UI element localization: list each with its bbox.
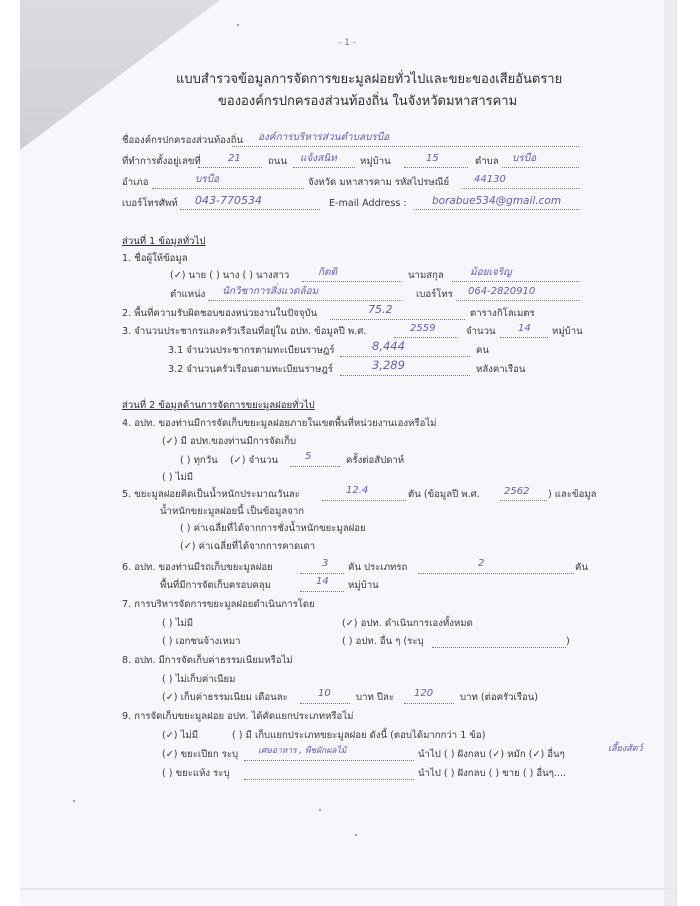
q5-label: 5. ขยะมูลฝอยคิดเป็นน้ำหนักประมาณวันละ xyxy=(122,489,300,501)
page-bottom-edge xyxy=(20,888,676,890)
position-label: ตำแหน่ง xyxy=(170,289,205,301)
phone-label: เบอร์โทรศัพท์ xyxy=(122,198,178,210)
q6-trucks-unit: คัน ประเภทรถ xyxy=(348,562,407,574)
q8-monthly-value: 10 xyxy=(318,688,331,700)
q1-label: 1. ชื่อผู้ให้ข้อมูล xyxy=(122,253,188,265)
q6-coverage-label: พื้นที่มีการจัดเก็บครอบคลุม xyxy=(160,580,271,592)
q4-times-value: 5 xyxy=(305,451,311,463)
q9-option-no[interactable]: (✓) ไม่มี xyxy=(162,730,198,742)
page-edge xyxy=(664,0,676,906)
q3-villages-unit: หมู่บ้าน xyxy=(552,326,583,338)
q4-option-count[interactable]: (✓) จำนวน xyxy=(230,455,278,467)
q3-villages-value: 14 xyxy=(518,323,531,335)
q6-type-value: 2 xyxy=(478,558,484,570)
q5-line2: น้ำหนักขยะมูลฝอยนี้ เป็นข้อมูลจาก xyxy=(160,506,304,518)
district-value: บรบือ xyxy=(195,174,219,186)
q4-option-daily[interactable]: ( ) ทุกวัน xyxy=(180,455,218,467)
area-field[interactable] xyxy=(330,308,465,320)
q5-tail: ) และข้อมูล xyxy=(548,489,597,501)
q5-option-weigh[interactable]: ( ) ค่าเฉลี่ยที่ได้จากการชั่งน้ำหนักขยะม… xyxy=(180,523,366,535)
q6-coverage-value: 14 xyxy=(316,576,329,588)
org-value: องค์การบริหารส่วนตำบลบรบือ xyxy=(258,132,389,144)
q9-wet-destination[interactable]: นำไป ( ) ฝังกลบ (✓) หมัก (✓) อื่นๆ xyxy=(418,749,565,761)
q7-close-paren: ) xyxy=(566,636,570,648)
page-number: - 1 - xyxy=(338,37,356,49)
district-label: อำเภอ xyxy=(122,177,149,189)
q7-option-none[interactable]: ( ) ไม่มี xyxy=(162,618,193,630)
q7-option-other[interactable]: ( ) อปท. อื่น ๆ (ระบุ xyxy=(342,636,424,648)
province-postcode-label: จังหวัด มหาสารคาม รหัสไปรษณีย์ xyxy=(308,177,449,189)
q4-option-yes[interactable]: (✓) มี อปท.ของท่านมีการจัดเก็บ xyxy=(162,436,296,448)
households-unit: หลังคาเรือน xyxy=(476,364,525,376)
address-no-value: 21 xyxy=(228,153,241,165)
q4-option-no[interactable]: ( ) ไม่มี xyxy=(162,472,193,484)
q8-label: 8. อปท. มีการจัดเก็บค่าธรรมเนียมหรือไม่ xyxy=(122,655,293,667)
q8-yearly-value: 120 xyxy=(414,688,433,700)
q7-label: 7. การบริหารจัดการขยะมูลฝอยดำเนินการโดย xyxy=(122,599,315,611)
first-name-field[interactable] xyxy=(302,270,402,282)
households-label: 3.2 จำนวนครัวเรือนตามทะเบียนราษฎร์ xyxy=(168,364,333,376)
q8-option-fee[interactable]: (✓) เก็บค่าธรรมเนียม เดือนละ xyxy=(162,692,288,704)
address-no-label: ที่ทำการตั้งอยู่เลขที่ xyxy=(122,156,201,168)
q7-option-self[interactable]: (✓) อปท. ดำเนินการเองทั้งหมด xyxy=(342,618,473,630)
subdistrict-value: บรบือ xyxy=(512,153,536,165)
q9-wet-label[interactable]: (✓) ขยะเปียก ระบุ xyxy=(162,749,238,761)
first-name-value: กิตติ xyxy=(318,267,337,279)
q9-dry-label[interactable]: ( ) ขยะแห้ง ระบุ xyxy=(162,768,230,780)
q4-times-field[interactable] xyxy=(290,455,340,467)
postcode-value: 44130 xyxy=(474,174,506,186)
village-value: 15 xyxy=(426,153,439,165)
population-field[interactable] xyxy=(340,345,470,357)
q6-coverage-unit: หมู่บ้าน xyxy=(348,580,379,592)
q1-title-options[interactable]: (✓) นาย ( ) นาง ( ) นางสาว xyxy=(170,270,289,282)
scan-speck xyxy=(73,800,75,802)
q6-type-unit: คัน xyxy=(575,562,588,574)
q8-baht-year: บาท ปีละ xyxy=(356,692,394,704)
q2-label: 2. พื้นที่ความรับผิดชอบของหน่วยงานในปัจจ… xyxy=(122,308,317,320)
q8-baht-household: บาท (ต่อครัวเรือน) xyxy=(460,692,538,704)
q9-label: 9. การจัดเก็บขยะมูลฝอย อปท. ได้คัดแยกประ… xyxy=(122,711,353,723)
phone-value: 043-770534 xyxy=(195,195,262,207)
q4-label: 4. อปท. ของท่านมีการจัดเก็บขยะมูลฝอยภายใ… xyxy=(122,418,436,430)
q3-count-label: จำนวน xyxy=(466,326,496,338)
households-field[interactable] xyxy=(340,364,470,376)
population-value: 8,444 xyxy=(372,340,405,352)
q5-option-estimate[interactable]: (✓) ค่าเฉลี่ยที่ได้จากการคาดเดา xyxy=(180,541,315,553)
q5-tons-label: ตัน (ข้อมูลปี พ.ศ. xyxy=(408,489,480,501)
q7-option-private[interactable]: ( ) เอกชนจ้างเหมา xyxy=(162,636,241,648)
contact-phone-value: 064-2820910 xyxy=(468,286,535,298)
part1-heading: ส่วนที่ 1 ข้อมูลทั่วไป xyxy=(122,236,205,248)
population-label: 3.1 จำนวนประชากรตามทะเบียนราษฎร์ xyxy=(168,345,335,357)
q4-times-unit: ครั้งต่อสัปดาห์ xyxy=(346,455,404,467)
q3-year-value: 2559 xyxy=(410,323,435,335)
population-unit: คน xyxy=(476,345,489,357)
email-value: borabue534@gmail.com xyxy=(432,195,561,207)
q5-tons-value: 12.4 xyxy=(346,485,368,497)
q5-year-value: 2562 xyxy=(504,486,529,498)
q6-label: 6. อปท. ของท่านมีรถเก็บขยะมูลฝอย xyxy=(122,562,273,574)
q3-label: 3. จำนวนประชากรและครัวเรือนที่อยู่ใน อปท… xyxy=(122,326,366,338)
scan-speck xyxy=(237,24,239,26)
q9-wet-value: เศษอาหาร , พืชผักผลไม้ xyxy=(258,745,346,757)
road-label: ถนน xyxy=(268,156,287,168)
q7-other-field[interactable] xyxy=(432,636,566,648)
scan-speck xyxy=(355,834,357,836)
q8-option-no-fee[interactable]: ( ) ไม่เก็บค่าเนียม xyxy=(162,674,236,686)
q6-type-field[interactable] xyxy=(418,562,574,574)
scan-speck xyxy=(319,809,321,811)
village-label: หมู่บ้าน xyxy=(360,156,391,168)
part2-heading: ส่วนที่ 2 ข้อมูลด้านการจัดการขยะมูลฝอยทั… xyxy=(122,400,315,412)
q9-wet-other-value: เลี้ยงสัตว์ xyxy=(608,743,643,755)
title-line-2: ขององค์กรปกครองส่วนท้องถิ่น ในจังหวัดมหา… xyxy=(218,96,517,108)
road-value: แจ้งสนิท xyxy=(300,153,337,165)
district-field[interactable] xyxy=(152,177,304,189)
q9-dry-destination[interactable]: นำไป ( ) ฝังกลบ ( ) ขาย ( ) อื่นๆ.... xyxy=(418,768,566,780)
email-label: E-mail Address : xyxy=(329,198,407,210)
area-unit: ตารางกิโลเมตร xyxy=(470,308,535,320)
q9-option-yes[interactable]: ( ) มี เก็บแยกประเภทขยะมูลฝอย ดังนี้ (ตอ… xyxy=(232,730,485,742)
surname-value: ม้อยเจริญ xyxy=(470,267,512,279)
area-value: 75.2 xyxy=(368,304,393,316)
surname-label: นามสกุล xyxy=(408,270,444,282)
q9-dry-field[interactable] xyxy=(244,768,414,780)
contact-phone-label: เบอร์โทร xyxy=(416,289,453,301)
households-value: 3,289 xyxy=(372,359,405,371)
position-value: นักวิชาการสิ่งแวดล้อม xyxy=(222,286,318,298)
title-line-1: แบบสำรวจข้อมูลการจัดการขยะมูลฝอยทั่วไปแล… xyxy=(176,74,562,86)
subdistrict-label: ตำบล xyxy=(475,156,499,168)
q6-trucks-value: 3 xyxy=(322,558,328,570)
org-label: ชื่อองค์กรปกครองส่วนท้องถิ่น xyxy=(122,135,243,147)
